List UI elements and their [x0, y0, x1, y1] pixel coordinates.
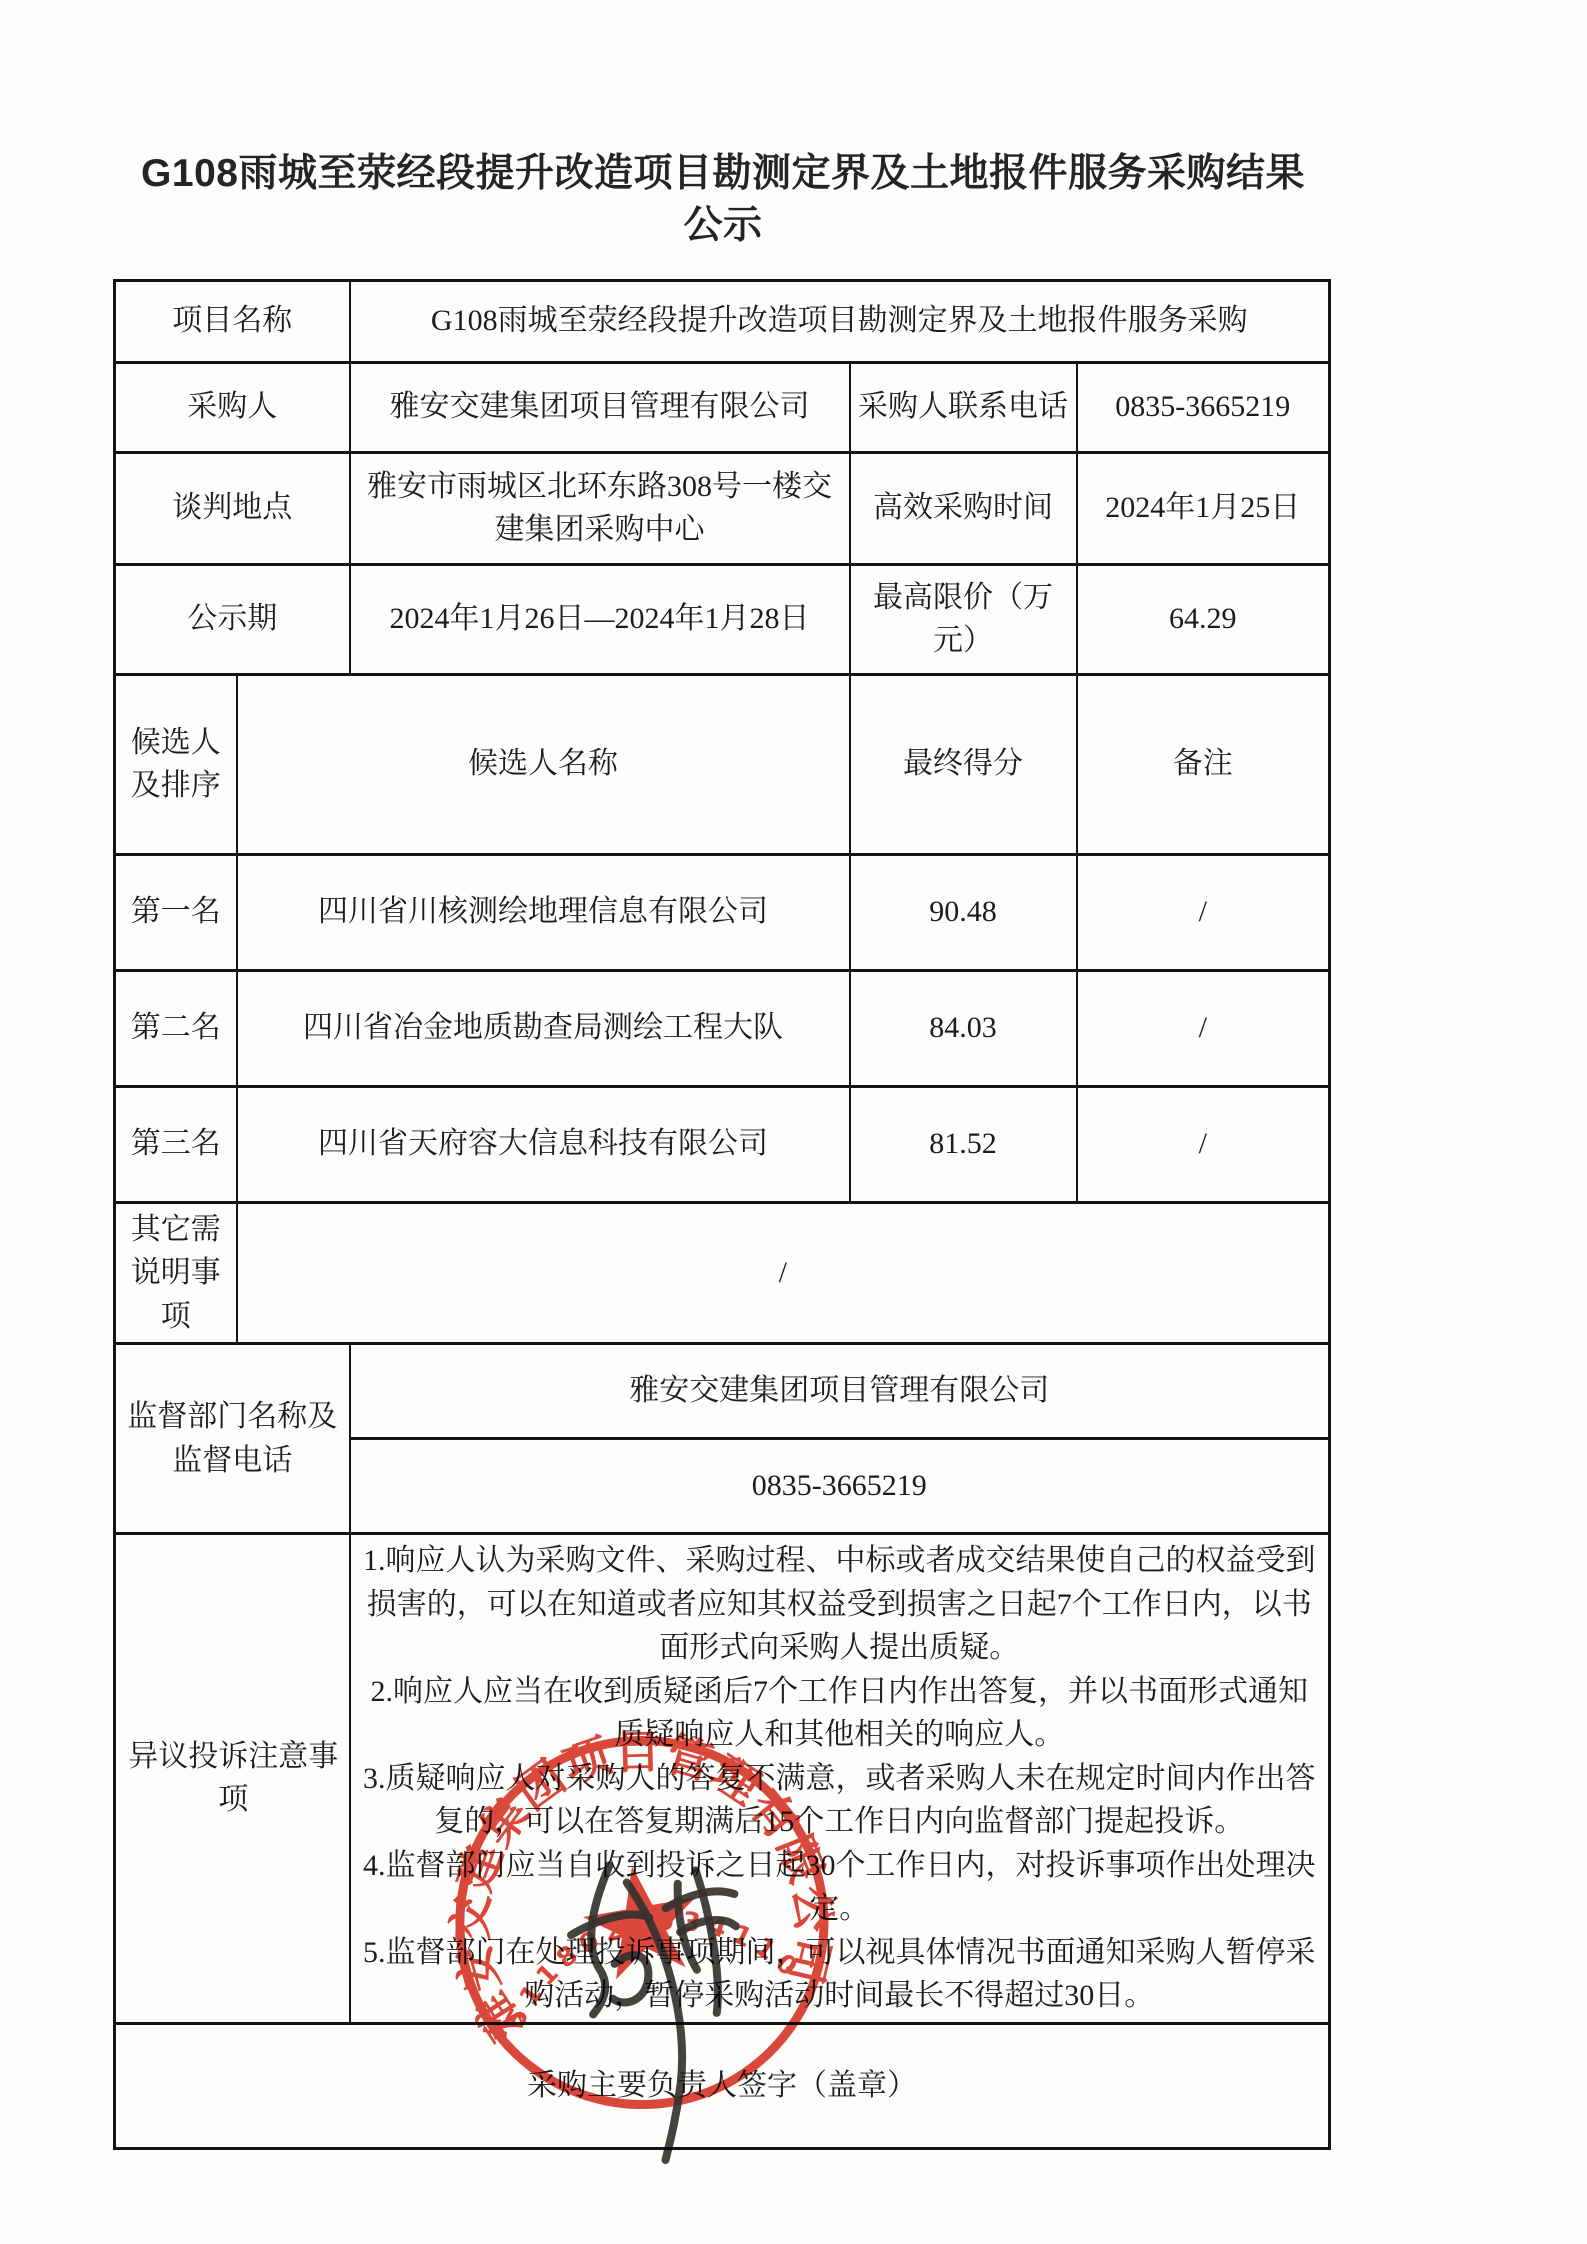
- candidate-remark: /: [1077, 970, 1330, 1086]
- table-row-project: 项目名称 G108雨城至荥经段提升改造项目勘测定界及土地报件服务采购: [115, 280, 1330, 362]
- price-limit-label: 最高限价（万元）: [850, 564, 1077, 674]
- table-row-candidate-3: 第三名 四川省天府容大信息科技有限公司 81.52 /: [115, 1086, 1330, 1202]
- supervision-phone: 0835-3665219: [350, 1439, 1330, 1534]
- table-row-purchaser: 采购人 雅安交建集团项目管理有限公司 采购人联系电话 0835-3665219: [115, 362, 1330, 452]
- supervision-label: 监督部门名称及监督电话: [115, 1344, 350, 1534]
- candidate-score: 84.03: [850, 970, 1077, 1086]
- table-row-supervision-name: 监督部门名称及监督电话 雅安交建集团项目管理有限公司: [115, 1344, 1330, 1439]
- objection-item-3: 3.质疑响应人对采购人的答复不满意，或者采购人未在规定时间内作出答复的，可以在答…: [357, 1757, 1323, 1844]
- objection-item-4: 4.监督部门应当自收到投诉之日起30个工作日内，对投诉事项作出处理决定。: [357, 1844, 1323, 1931]
- objection-label: 异议投诉注意事项: [115, 1534, 350, 2024]
- price-limit-value: 64.29: [1077, 564, 1330, 674]
- project-name-label: 项目名称: [115, 280, 350, 362]
- candidate-remark: /: [1077, 854, 1330, 970]
- candidate-remark-header: 备注: [1077, 674, 1330, 854]
- candidate-rank: 第二名: [115, 970, 237, 1086]
- candidate-rank: 第三名: [115, 1086, 237, 1202]
- candidate-name: 四川省川核测绘地理信息有限公司: [237, 854, 850, 970]
- objection-item-2: 2.响应人应当在收到质疑函后7个工作日内作出答复，并以书面形式通知质疑响应人和其…: [357, 1670, 1323, 1757]
- purchaser-value: 雅安交建集团项目管理有限公司: [350, 362, 850, 452]
- project-name-value: G108雨城至荥经段提升改造项目勘测定界及土地报件服务采购: [350, 280, 1330, 362]
- table-row-publicity: 公示期 2024年1月26日—2024年1月28日 最高限价（万元） 64.29: [115, 564, 1330, 674]
- objection-item-5: 5.监督部门在处理投诉事项期间，可以视具体情况书面通知采购人暂停采购活动，暂停采…: [357, 1931, 1323, 2018]
- page-title-line1: G108雨城至荥经段提升改造项目勘测定界及土地报件服务采购结果: [108, 148, 1338, 200]
- negotiation-place-value: 雅安市雨城区北环东路308号一楼交建集团采购中心: [350, 452, 850, 564]
- candidate-score-header: 最终得分: [850, 674, 1077, 854]
- table-row-other-notes: 其它需说明事项 /: [115, 1202, 1330, 1344]
- objection-item-1: 1.响应人认为采购文件、采购过程、中标或者成交结果使自己的权益受到损害的，可以在…: [357, 1539, 1323, 1670]
- table-row-candidate-1: 第一名 四川省川核测绘地理信息有限公司 90.48 /: [115, 854, 1330, 970]
- table-row-candidate-header: 候选人及排序 候选人名称 最终得分 备注: [115, 674, 1330, 854]
- table-row-objection: 异议投诉注意事项 1.响应人认为采购文件、采购过程、中标或者成交结果使自己的权益…: [115, 1534, 1330, 2024]
- publicity-period-label: 公示期: [115, 564, 350, 674]
- document-page: G108雨城至荥经段提升改造项目勘测定界及土地报件服务采购结果 公示 项目名称 …: [0, 0, 1587, 2244]
- table-row-signature: 采购主要负责人签字（盖章）: [115, 2023, 1330, 2148]
- page-title: G108雨城至荥经段提升改造项目勘测定界及土地报件服务采购结果 公示: [108, 0, 1338, 253]
- page-title-line2: 公示: [108, 200, 1338, 252]
- table-row-candidate-2: 第二名 四川省冶金地质勘查局测绘工程大队 84.03 /: [115, 970, 1330, 1086]
- candidate-name: 四川省冶金地质勘查局测绘工程大队: [237, 970, 850, 1086]
- negotiation-place-label: 谈判地点: [115, 452, 350, 564]
- candidate-name-header: 候选人名称: [237, 674, 850, 854]
- candidate-rank: 第一名: [115, 854, 237, 970]
- purchaser-contact-label: 采购人联系电话: [850, 362, 1077, 452]
- procurement-time-value: 2024年1月25日: [1077, 452, 1330, 564]
- other-notes-label: 其它需说明事项: [115, 1202, 237, 1344]
- publicity-period-value: 2024年1月26日—2024年1月28日: [350, 564, 850, 674]
- table-row-negotiation: 谈判地点 雅安市雨城区北环东路308号一楼交建集团采购中心 高效采购时间 202…: [115, 452, 1330, 564]
- candidate-name: 四川省天府容大信息科技有限公司: [237, 1086, 850, 1202]
- signature-label: 采购主要负责人签字（盖章）: [115, 2023, 1330, 2148]
- objection-content: 1.响应人认为采购文件、采购过程、中标或者成交结果使自己的权益受到损害的，可以在…: [350, 1534, 1330, 2024]
- candidate-remark: /: [1077, 1086, 1330, 1202]
- candidate-score: 81.52: [850, 1086, 1077, 1202]
- procurement-result-table: 项目名称 G108雨城至荥经段提升改造项目勘测定界及土地报件服务采购 采购人 雅…: [113, 279, 1331, 2150]
- purchaser-label: 采购人: [115, 362, 350, 452]
- supervision-department: 雅安交建集团项目管理有限公司: [350, 1344, 1330, 1439]
- procurement-time-label: 高效采购时间: [850, 452, 1077, 564]
- other-notes-value: /: [237, 1202, 1330, 1344]
- purchaser-contact-value: 0835-3665219: [1077, 362, 1330, 452]
- candidate-rank-header: 候选人及排序: [115, 674, 237, 854]
- candidate-score: 90.48: [850, 854, 1077, 970]
